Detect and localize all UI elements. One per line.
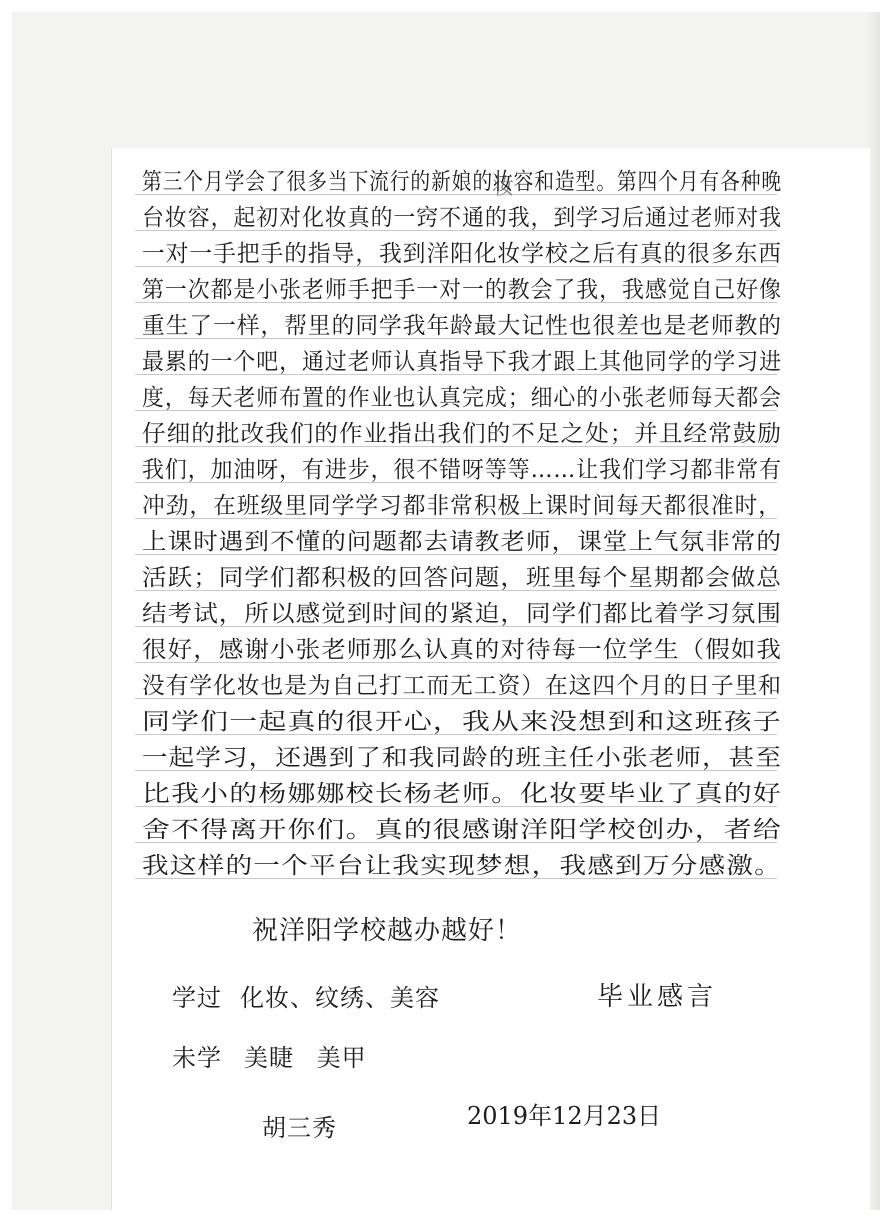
letter-line: 一对一手把手的指导，我到洋阳化妆学校之后有真的很多东西: [142, 240, 782, 268]
letter-line: 舍不得离开你们。真的很感谢洋阳学校创办，者给: [142, 816, 782, 844]
letter-line: 第三个月学会了很多当下流行的新娘的妆容和造型。第四个月有各种晚: [142, 168, 782, 196]
letter-line: 第一次都是小张老师手把手一对一的教会了我，我感觉自己好像: [142, 276, 782, 304]
letter-line: 很好，感谢小张老师那么认真的对待每一位学生（假如我: [142, 636, 782, 664]
studied-label: 学过: [172, 978, 222, 1013]
letter-line: 仔细的批改我们的作业指出我们的不足之处；并且经常鼓励: [142, 420, 782, 448]
letter-line: 最累的一个吧，通过老师认真指导下我才跟上其他同学的学习进: [142, 348, 782, 376]
letter-line: 上课时遇到不懂的问题都去请教老师，课堂上气氛非常的: [142, 528, 782, 556]
letter-date: 2019年12月23日: [467, 1096, 661, 1131]
letter-line: 我们，加油呀，有进步，很不错呀等等……让我们学习都非常有: [142, 456, 782, 484]
closing-wish: 祝洋阳学校越办越好！: [252, 910, 522, 947]
studied-subjects: 化妆、纹绣、美容: [240, 978, 440, 1013]
letter-line: 台妆容，起初对化妆真的一窍不通的我，到学习后通过老师对我: [142, 204, 782, 232]
letter-line: 结考试，所以感觉到时间的紧迫，同学们都比着学习氛围: [142, 600, 782, 628]
letter-line: 度，每天老师布置的作业也认真完成；细心的小张老师每天都会: [142, 384, 782, 412]
letter-line: 我这样的一个平台让我实现梦想，我感到万分感激。: [142, 852, 782, 880]
letter-line: 重生了一样，帮里的同学我年龄最大记性也很差也是老师教的: [142, 312, 782, 340]
not-studied-label: 未学: [172, 1038, 222, 1073]
letter-line: 同学们一起真的很开心，我从来没想到和这班孩子: [142, 708, 782, 736]
letter-line: 比我小的杨娜娜校长杨老师。化妆要毕业了真的好: [142, 780, 782, 808]
letter-sheet: 妆 第三个月学会了很多当下流行的新娘的妆容和造型。第四个月有各种晚 台妆容，起初…: [112, 148, 870, 1210]
letter-line: 一起学习，还遇到了和我同龄的班主任小张老师，甚至: [142, 744, 782, 772]
not-studied-subjects: 美睫 美甲: [244, 1038, 367, 1073]
letter-line: 冲劲，在班级里同学学习都非常积极上课时间每天都很准时，: [142, 492, 782, 520]
author-signature: 胡三秀: [262, 1108, 337, 1143]
letter-line: 没有学化妆也是为自己打工而无工资）在这四个月的日子里和: [142, 672, 782, 700]
letter-line: 活跃；同学们都积极的回答问题，班里每个星期都会做总: [142, 564, 782, 592]
letter-title: 毕业感言: [597, 976, 717, 1013]
